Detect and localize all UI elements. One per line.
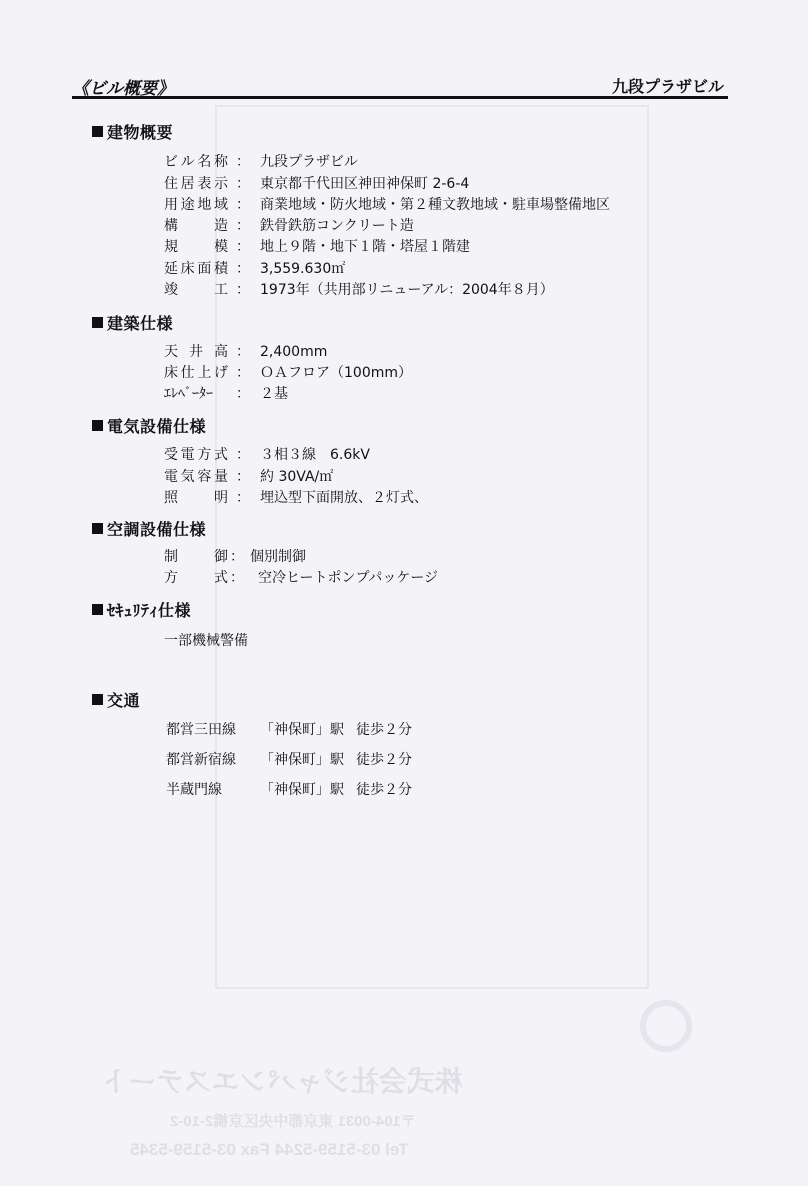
spec-value: 2,400mm bbox=[260, 343, 327, 361]
spec-value: 鉄骨鉄筋コンクリート造 bbox=[260, 217, 414, 235]
spec-colon: ： bbox=[236, 489, 250, 507]
spec-label: 竣工 bbox=[164, 281, 228, 299]
spec-colon: ： bbox=[236, 175, 250, 193]
spec-value: ＯＡフロア（100mm） bbox=[260, 364, 412, 382]
square-bullet-icon bbox=[92, 420, 103, 431]
spec-colon: ： bbox=[236, 446, 250, 464]
spec-colon: ： bbox=[236, 343, 250, 361]
section-heading-text: ｾｷｭﾘﾃｨ仕様 bbox=[107, 601, 191, 620]
spec-label: 延床面積 bbox=[164, 260, 228, 278]
spec-label: 照明 bbox=[164, 489, 228, 507]
spec-label: 構造 bbox=[164, 217, 228, 235]
transit-line: 半蔵門線 bbox=[166, 779, 222, 799]
spec-value: 埋込型下面開放、２灯式、 bbox=[260, 489, 428, 507]
spec-colon: ： bbox=[236, 468, 250, 486]
spec-label: 床仕上げ bbox=[164, 364, 228, 382]
spec-value: 個別制御 bbox=[250, 548, 306, 566]
section-heading-electrical: 電気設備仕様 bbox=[92, 414, 206, 437]
transit-walk-time: 徒歩２分 bbox=[356, 779, 412, 799]
section-heading-security: ｾｷｭﾘﾃｨ仕様 bbox=[92, 598, 191, 621]
security-text: 一部機械警備 bbox=[164, 630, 248, 650]
section-heading-text: 交通 bbox=[107, 691, 140, 710]
spec-label: 用途地域 bbox=[164, 196, 228, 214]
spec-label: 受電方式 bbox=[164, 446, 228, 464]
page-header: 《ビル概要》 九段プラザビル bbox=[72, 74, 728, 99]
spec-colon: ： bbox=[230, 548, 244, 566]
spec-value: 東京都千代田区神田神保町 2-6-4 bbox=[260, 175, 469, 193]
spec-value: 1973年（共用部リニューアル：2004年８月） bbox=[260, 281, 554, 299]
spec-colon: ： bbox=[236, 217, 250, 235]
spec-label: ｴﾚﾍﾞｰﾀｰ bbox=[164, 385, 228, 403]
page-title: 《ビル概要》 bbox=[72, 74, 174, 99]
transit-line: 都営三田線 bbox=[166, 719, 236, 739]
section-heading-hvac: 空調設備仕様 bbox=[92, 517, 206, 540]
transit-station: 「神保町」駅 bbox=[260, 779, 344, 799]
spec-label: 規模 bbox=[164, 238, 228, 256]
spec-value: 商業地域・防火地域・第２種文教地域・駐車場整備地区 bbox=[260, 196, 610, 214]
section-heading-text: 空調設備仕様 bbox=[107, 520, 206, 539]
spec-label: 制御 bbox=[164, 548, 228, 566]
spec-value: 空冷ヒートポンプパッケージ bbox=[258, 569, 438, 587]
spec-value: 約 30VA/㎡ bbox=[260, 468, 333, 486]
spec-colon: ： bbox=[236, 153, 250, 171]
square-bullet-icon bbox=[92, 694, 103, 705]
section-heading-text: 電気設備仕様 bbox=[107, 417, 206, 436]
spec-colon: ： bbox=[236, 364, 250, 382]
spec-colon: ： bbox=[236, 196, 250, 214]
bleed-company-name: 株式会社ジャパンエステート bbox=[100, 1060, 463, 1100]
transit-station: 「神保町」駅 bbox=[260, 749, 344, 769]
section-heading-architecture: 建築仕様 bbox=[92, 311, 173, 334]
square-bullet-icon bbox=[92, 523, 103, 534]
transit-walk-time: 徒歩２分 bbox=[356, 749, 412, 769]
spec-colon: ： bbox=[236, 260, 250, 278]
transit-station: 「神保町」駅 bbox=[260, 719, 344, 739]
transit-walk-time: 徒歩２分 bbox=[356, 719, 412, 739]
spec-label: 方式 bbox=[164, 569, 228, 587]
square-bullet-icon bbox=[92, 317, 103, 328]
transit-line: 都営新宿線 bbox=[166, 749, 236, 769]
square-bullet-icon bbox=[92, 126, 103, 137]
square-bullet-icon bbox=[92, 604, 103, 615]
spec-label: 住居表示 bbox=[164, 175, 228, 193]
section-heading-text: 建物概要 bbox=[107, 123, 173, 142]
spec-colon: ： bbox=[236, 385, 250, 403]
spec-value: 地上９階・地下１階・塔屋１階建 bbox=[260, 238, 470, 256]
spec-value: ２基 bbox=[260, 385, 288, 403]
building-name-header: 九段プラザビル bbox=[612, 74, 724, 97]
spec-colon: ： bbox=[236, 281, 250, 299]
bleed-address: 〒104-0031 東京都中央区京橋2-10-2 bbox=[170, 1110, 416, 1131]
spec-value: ３相３線 6.6kV bbox=[260, 446, 370, 464]
spec-colon: ： bbox=[236, 238, 250, 256]
bleed-phone: Tel 03-5159-5244 Fax 03-5159-5345 bbox=[130, 1140, 409, 1160]
section-heading-transit: 交通 bbox=[92, 688, 140, 711]
spec-value: 3,559.630㎡ bbox=[260, 260, 345, 278]
spec-colon: ： bbox=[230, 569, 244, 587]
spec-label: 天井高 bbox=[164, 343, 228, 361]
bleed-logo-icon bbox=[640, 1000, 692, 1052]
spec-value: 九段プラザビル bbox=[260, 153, 358, 171]
section-heading-overview: 建物概要 bbox=[92, 120, 173, 143]
spec-label: 電気容量 bbox=[164, 468, 228, 486]
spec-label: ビル名称 bbox=[164, 153, 228, 171]
section-heading-text: 建築仕様 bbox=[107, 314, 173, 333]
